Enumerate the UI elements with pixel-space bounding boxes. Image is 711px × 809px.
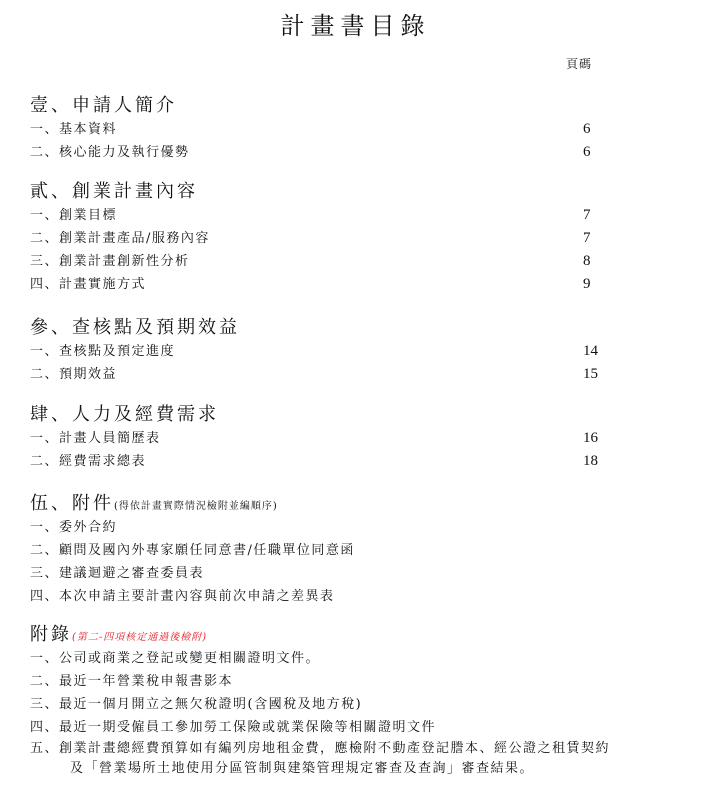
toc-item[interactable]: 一、計畫人員簡歷表16 [30,427,670,450]
toc-item[interactable]: 一、基本資料6 [30,118,670,141]
toc-item-page: 14 [583,340,598,363]
toc-item-page: 7 [583,227,591,250]
section-heading: 肆、人力及經費需求 [30,403,670,427]
toc-item[interactable]: 一、委外合約 [30,516,670,539]
section-heading-text: 伍、附件 [30,493,114,514]
toc-item-label: 二、核心能力及執行優勢 [30,145,190,160]
toc-item-page: 7 [583,204,591,227]
section-staff-budget: 肆、人力及經費需求 一、計畫人員簡歷表16 二、經費需求總表18 [30,403,670,473]
toc-item-label: 三、創業計畫創新性分析 [30,254,190,269]
section-heading: 參、查核點及預期效益 [30,316,670,340]
toc-item-page: 8 [583,250,591,273]
toc-item-page: 9 [583,273,591,296]
toc-item-label: 四、計畫實施方式 [30,277,146,292]
toc-item[interactable]: 二、經費需求總表18 [30,450,670,473]
toc-item[interactable]: 一、創業目標7 [30,204,670,227]
page-title: 計畫書目錄 [0,6,711,41]
toc-item[interactable]: 三、創業計畫創新性分析8 [30,250,670,273]
toc-item-label: 二、經費需求總表 [30,454,146,469]
toc-item[interactable]: 二、顧問及國內外專家願任同意書/任職單位同意函 [30,539,670,562]
section-applicant-profile: 壹、申請人簡介 一、基本資料6 二、核心能力及執行優勢6 [30,94,670,164]
section-appendix: 附錄(第二-四項核定通過後檢附) 一、公司或商業之登記或變更相關證明文件。 二、… [30,623,670,779]
toc-item-label: 一、計畫人員簡歷表 [30,431,161,446]
toc-item-label: 一、委外合約 [30,520,117,535]
toc-item[interactable]: 三、最近一個月開立之無欠稅證明(含國稅及地方稅) [30,693,670,716]
toc-item-page: 6 [583,141,591,164]
toc-item[interactable]: 一、查核點及預定進度14 [30,340,670,363]
toc-item[interactable]: 二、最近一年營業稅申報書影本 [30,670,670,693]
toc-item[interactable]: 三、建議迴避之審查委員表 [30,562,670,585]
section-heading: 附錄(第二-四項核定通過後檢附) [30,623,670,647]
toc-item-label: 二、預期效益 [30,367,117,382]
toc-item[interactable]: 四、本次申請主要計畫內容與前次申請之差異表 [30,585,670,608]
toc-item-page: 16 [583,427,598,450]
toc-item[interactable]: 四、最近一期受僱員工參加勞工保險或就業保險等相關證明文件 [30,716,670,739]
toc-item-label: 一、創業目標 [30,208,117,223]
toc-item-label: 三、最近一個月開立之無欠稅證明(含國稅及地方稅) [30,697,362,712]
section-checkpoints-benefits: 參、查核點及預期效益 一、查核點及預定進度14 二、預期效益15 [30,316,670,386]
toc-item-label: 一、基本資料 [30,122,117,137]
section-note: (第二-四項核定通過後檢附) [72,632,207,643]
toc-item-page: 18 [583,450,598,473]
section-business-plan: 貳、創業計畫內容 一、創業目標7 二、創業計畫產品/服務內容7 三、創業計畫創新… [30,180,670,296]
toc-item[interactable]: 一、公司或商業之登記或變更相關證明文件。 [30,647,670,670]
toc-item-label: 二、顧問及國內外專家願任同意書/任職單位同意函 [30,543,355,558]
toc-item-label: 四、最近一期受僱員工參加勞工保險或就業保險等相關證明文件 [30,720,436,735]
toc-item[interactable]: 五、創業計畫總經費預算如有編列房地租金費，應檢附不動產登記謄本、經公證之租賃契約… [30,739,670,779]
section-attachments: 伍、附件(得依計畫實際情況檢附並編順序) 一、委外合約 二、顧問及國內外專家願任… [30,492,670,608]
section-heading-text: 附錄 [30,624,72,645]
toc-item-continuation: 及「營業場所土地使用分區管制與建築管理規定審查及查詢」審查結果。 [30,759,670,779]
section-heading: 貳、創業計畫內容 [30,180,670,204]
section-heading: 壹、申請人簡介 [30,94,670,118]
toc-item[interactable]: 二、創業計畫產品/服務內容7 [30,227,670,250]
toc-item-label: 五、創業計畫總經費預算如有編列房地租金費，應檢附不動產登記謄本、經公證之租賃契約 [30,741,610,756]
toc-item-page: 6 [583,118,591,141]
toc-item-page: 15 [583,363,598,386]
toc-item[interactable]: 四、計畫實施方式9 [30,273,670,296]
toc-item-label: 二、最近一年營業稅申報書影本 [30,674,233,689]
toc-item[interactable]: 二、核心能力及執行優勢6 [30,141,670,164]
toc-item-label: 四、本次申請主要計畫內容與前次申請之差異表 [30,589,335,604]
toc-item-label: 一、公司或商業之登記或變更相關證明文件。 [30,651,320,666]
toc-item[interactable]: 二、預期效益15 [30,363,670,386]
toc-item-label: 三、建議迴避之審查委員表 [30,566,204,581]
section-heading: 伍、附件(得依計畫實際情況檢附並編順序) [30,492,670,516]
toc-item-label: 一、查核點及預定進度 [30,344,175,359]
toc-item-label: 二、創業計畫產品/服務內容 [30,231,210,246]
page-number-column-label: 頁碼 [566,55,592,72]
section-note: (得依計畫實際情況檢附並編順序) [114,501,278,512]
